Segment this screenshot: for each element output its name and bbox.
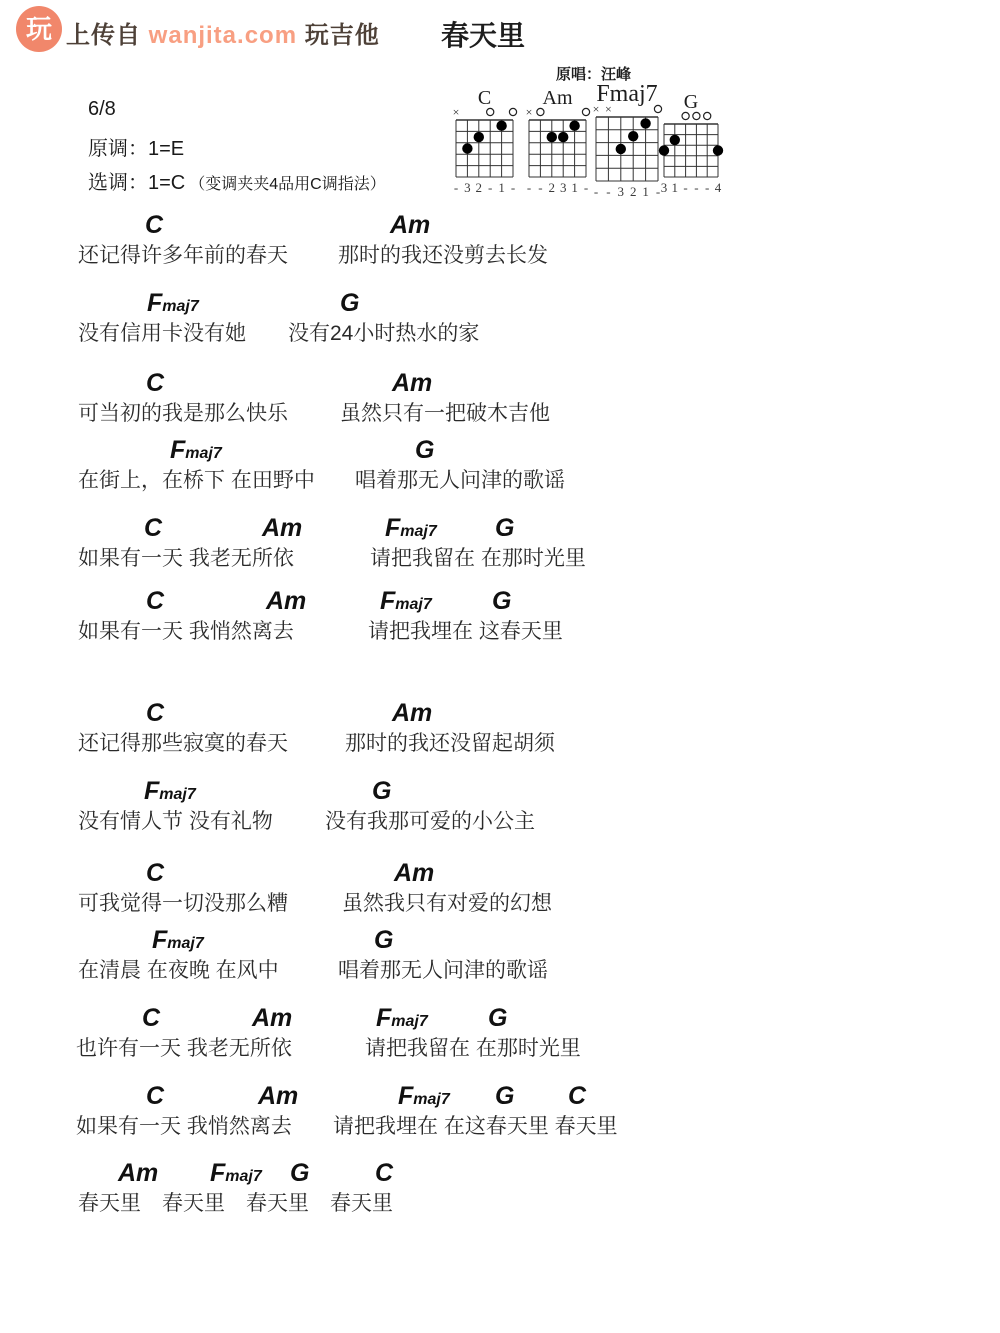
chord-label: G bbox=[488, 1006, 507, 1031]
finger-dot bbox=[659, 145, 669, 155]
lyric-text: 没有情人节 没有礼物 bbox=[78, 810, 273, 833]
lyric-text: 请把我留在 在那时光里 bbox=[365, 1037, 581, 1060]
chord-lyric-line: Fmaj7G在街上，在桥下 在田野中唱着那无人问津的歌谣 bbox=[0, 438, 1000, 498]
lyric-text: 虽然我只有对爱的幻想 bbox=[342, 892, 552, 915]
lyric-text: 没有我那可爱的小公主 bbox=[325, 810, 535, 833]
chord-suffix: maj7 bbox=[159, 786, 195, 803]
chord-suffix: maj7 bbox=[391, 1013, 427, 1030]
chord-root: F bbox=[380, 587, 395, 615]
chord-label: C bbox=[375, 1161, 393, 1186]
fingering-number: 3 bbox=[661, 180, 668, 195]
lyric-text: 请把我埋在 在这春天里 春天里 bbox=[333, 1115, 618, 1138]
song-title: 春天里 bbox=[441, 14, 525, 54]
lyric-text: 没有信用卡没有她 bbox=[78, 322, 246, 345]
finger-dot bbox=[670, 135, 680, 145]
chord-label: Fmaj7 bbox=[170, 438, 222, 463]
chord-label: Fmaj7 bbox=[152, 928, 204, 953]
chord-label: Am bbox=[392, 701, 432, 726]
fingering-number: 2 bbox=[630, 184, 637, 199]
fingering-number: 1 bbox=[498, 180, 505, 195]
logo-site-url: wanjita.com bbox=[149, 22, 297, 49]
muted-string-icon: × bbox=[593, 102, 600, 116]
chord-lyric-line: CAmFmaj7G如果有一天 我悄然离去请把我埋在 这春天里 bbox=[0, 589, 1000, 649]
fingering-number: - bbox=[527, 180, 531, 195]
fingering-number: 3 bbox=[618, 184, 625, 199]
chord-label: C bbox=[146, 371, 164, 396]
chord-label: C bbox=[144, 516, 162, 541]
finger-dot bbox=[616, 144, 626, 154]
chord-label: C bbox=[146, 589, 164, 614]
chord-root: F bbox=[385, 514, 400, 542]
fingering-number: - bbox=[454, 180, 458, 195]
chord-label: C bbox=[142, 1006, 160, 1031]
chord-label: C bbox=[145, 213, 163, 238]
chord-suffix: maj7 bbox=[162, 298, 198, 315]
fingering-number: 1 bbox=[642, 184, 649, 199]
lyric-text: 可我觉得一切没那么糟 bbox=[78, 892, 288, 915]
lyric-text: 春天里 春天里 春天里 春天里 bbox=[78, 1192, 393, 1215]
chord-diagram-g: G31---4 bbox=[652, 88, 730, 201]
chord-lyric-line: CAmFmaj7G如果有一天 我老无所依请把我留在 在那时光里 bbox=[0, 516, 1000, 576]
chord-suffix: maj7 bbox=[395, 596, 431, 613]
chord-label: G bbox=[495, 1084, 514, 1109]
fingering-number: 4 bbox=[715, 180, 722, 195]
chord-label: C bbox=[146, 861, 164, 886]
chord-lyric-line: Fmaj7G没有情人节 没有礼物没有我那可爱的小公主 bbox=[0, 779, 1000, 839]
chord-label: C bbox=[568, 1084, 586, 1109]
fingering-number: - bbox=[606, 184, 610, 199]
open-string-icon bbox=[693, 112, 700, 119]
chord-suffix: maj7 bbox=[400, 523, 436, 540]
chord-lyric-line: AmFmaj7GC春天里 春天里 春天里 春天里 bbox=[0, 1161, 1000, 1221]
chord-lyric-line: CAm还记得许多年前的春天那时的我还没剪去长发 bbox=[0, 213, 1000, 273]
fingering-number: 2 bbox=[549, 180, 556, 195]
fingering-number: - bbox=[511, 180, 515, 195]
chord-label: Fmaj7 bbox=[210, 1161, 262, 1186]
fingering-number: - bbox=[694, 180, 698, 195]
lyric-text: 请把我埋在 这春天里 bbox=[368, 620, 563, 643]
chord-suffix: maj7 bbox=[225, 1168, 261, 1185]
fingering-number: 1 bbox=[571, 180, 578, 195]
fingering-number: 3 bbox=[464, 180, 471, 195]
fingering-number: 1 bbox=[672, 180, 679, 195]
capo-note: （变调夹夹4品用C调指法） bbox=[189, 176, 385, 193]
chord-label: C bbox=[146, 1084, 164, 1109]
finger-dot bbox=[474, 132, 484, 142]
lyric-text: 如果有一天 我悄然离去 bbox=[78, 620, 294, 643]
chord-label: G bbox=[415, 438, 434, 463]
chord-lyric-line: CAmFmaj7GC如果有一天 我悄然离去请把我埋在 在这春天里 春天里 bbox=[0, 1084, 1000, 1144]
selected-key-value: 选调：1=C bbox=[88, 172, 185, 194]
lyric-text: 可当初的我是那么快乐 bbox=[78, 402, 288, 425]
diagram-chord-name: Am bbox=[543, 87, 573, 109]
finger-dot bbox=[496, 121, 506, 131]
fingering-number: - bbox=[683, 180, 687, 195]
chord-label: Fmaj7 bbox=[398, 1084, 450, 1109]
fingering-number: - bbox=[538, 180, 542, 195]
lyric-text: 还记得许多年前的春天 bbox=[78, 244, 288, 267]
selected-key: 选调：1=C（变调夹夹4品用C调指法） bbox=[88, 166, 386, 195]
lyric-text: 还记得那些寂寞的春天 bbox=[78, 732, 288, 755]
open-string-icon bbox=[509, 108, 516, 115]
muted-string-icon: × bbox=[453, 105, 460, 119]
open-string-icon bbox=[537, 108, 544, 115]
muted-string-icon: × bbox=[605, 102, 612, 116]
fingering-number: - bbox=[488, 180, 492, 195]
chord-suffix: maj7 bbox=[185, 445, 221, 462]
diagram-chord-name: C bbox=[478, 87, 491, 109]
lyric-text: 那时的我还没剪去长发 bbox=[338, 244, 548, 267]
fingering-number: 2 bbox=[476, 180, 483, 195]
chord-label: Am bbox=[252, 1006, 292, 1031]
chord-label: Am bbox=[258, 1084, 298, 1109]
diagram-chord-name: G bbox=[684, 91, 698, 113]
finger-dot bbox=[569, 121, 579, 131]
fingering-number: - bbox=[705, 180, 709, 195]
chord-label: G bbox=[495, 516, 514, 541]
logo-text-suffix: 玩吉他 bbox=[305, 22, 380, 49]
lyric-text: 唱着那无人问津的歌谣 bbox=[355, 469, 565, 492]
chord-label: Am bbox=[390, 213, 430, 238]
chord-label: G bbox=[374, 928, 393, 953]
open-string-icon bbox=[487, 108, 494, 115]
chord-root: F bbox=[210, 1159, 225, 1187]
chord-label: Am bbox=[394, 861, 434, 886]
chord-root: F bbox=[376, 1004, 391, 1032]
chord-label: Fmaj7 bbox=[144, 779, 196, 804]
time-signature: 6/8 bbox=[88, 98, 116, 121]
chord-root: F bbox=[147, 289, 162, 317]
chord-label: G bbox=[372, 779, 391, 804]
lyric-text: 请把我留在 在那时光里 bbox=[370, 547, 586, 570]
lyric-text: 虽然只有一把破木吉他 bbox=[340, 402, 550, 425]
open-string-icon bbox=[704, 112, 711, 119]
wanjita-logo-icon: 玩 bbox=[16, 6, 62, 52]
chord-label: G bbox=[290, 1161, 309, 1186]
chord-label: Am bbox=[118, 1161, 158, 1186]
chord-label: Fmaj7 bbox=[385, 516, 437, 541]
chord-label: Fmaj7 bbox=[376, 1006, 428, 1031]
chord-label: Am bbox=[266, 589, 306, 614]
chord-label: Fmaj7 bbox=[147, 291, 199, 316]
chord-root: F bbox=[152, 926, 167, 954]
lyric-text: 在街上，在桥下 在田野中 bbox=[78, 469, 315, 492]
chord-lyric-line: CAm还记得那些寂寞的春天那时的我还没留起胡须 bbox=[0, 701, 1000, 761]
logo-glyph: 玩 bbox=[26, 16, 52, 42]
chord-diagram-c: C×-32-1- bbox=[444, 84, 525, 201]
chord-label: Am bbox=[392, 371, 432, 396]
lyric-text: 没有24小时热水的家 bbox=[288, 322, 479, 345]
chord-root: F bbox=[398, 1082, 413, 1110]
chord-label: G bbox=[340, 291, 359, 316]
lyric-text: 也许有一天 我老无所依 bbox=[76, 1037, 292, 1060]
finger-dot bbox=[547, 132, 557, 142]
lyric-text: 如果有一天 我悄然离去 bbox=[76, 1115, 292, 1138]
chord-lyric-line: CAm可我觉得一切没那么糟虽然我只有对爱的幻想 bbox=[0, 861, 1000, 921]
chord-lyric-line: Fmaj7G没有信用卡没有她没有24小时热水的家 bbox=[0, 291, 1000, 351]
muted-string-icon: × bbox=[526, 105, 533, 119]
guitar-chord-sheet: 玩 上传自 wanjita.com 玩吉他 春天里 原唱：汪峰 6/8 原调：1… bbox=[0, 0, 1000, 1333]
chord-lyric-line: Fmaj7G在清晨 在夜晚 在风中唱着那无人问津的歌谣 bbox=[0, 928, 1000, 988]
logo-text: 上传自 wanjita.com 玩吉他 bbox=[66, 15, 380, 50]
fingering-number: - bbox=[594, 184, 598, 199]
chord-label: C bbox=[146, 701, 164, 726]
open-string-icon bbox=[682, 112, 689, 119]
lyric-text: 那时的我还没留起胡须 bbox=[345, 732, 555, 755]
chord-label: Am bbox=[262, 516, 302, 541]
chord-root: F bbox=[170, 436, 185, 464]
original-key: 原调：1=E bbox=[88, 132, 184, 161]
finger-dot bbox=[558, 132, 568, 142]
lyric-text: 唱着那无人问津的歌谣 bbox=[338, 959, 548, 982]
finger-dot bbox=[628, 131, 638, 141]
chord-root: F bbox=[144, 777, 159, 805]
finger-dot bbox=[640, 118, 650, 128]
chord-lyric-line: CAm可当初的我是那么快乐虽然只有一把破木吉他 bbox=[0, 371, 1000, 431]
chord-label: Fmaj7 bbox=[380, 589, 432, 614]
chord-suffix: maj7 bbox=[413, 1091, 449, 1108]
lyric-text: 如果有一天 我老无所依 bbox=[78, 547, 294, 570]
chord-lyric-line: CAmFmaj7G也许有一天 我老无所依请把我留在 在那时光里 bbox=[0, 1006, 1000, 1066]
finger-dot bbox=[713, 145, 723, 155]
lyric-text: 在清晨 在夜晚 在风中 bbox=[78, 959, 279, 982]
logo-text-prefix: 上传自 bbox=[66, 22, 141, 49]
fingering-number: 3 bbox=[560, 180, 567, 195]
finger-dot bbox=[462, 143, 472, 153]
chord-label: G bbox=[492, 589, 511, 614]
chord-suffix: maj7 bbox=[167, 935, 203, 952]
